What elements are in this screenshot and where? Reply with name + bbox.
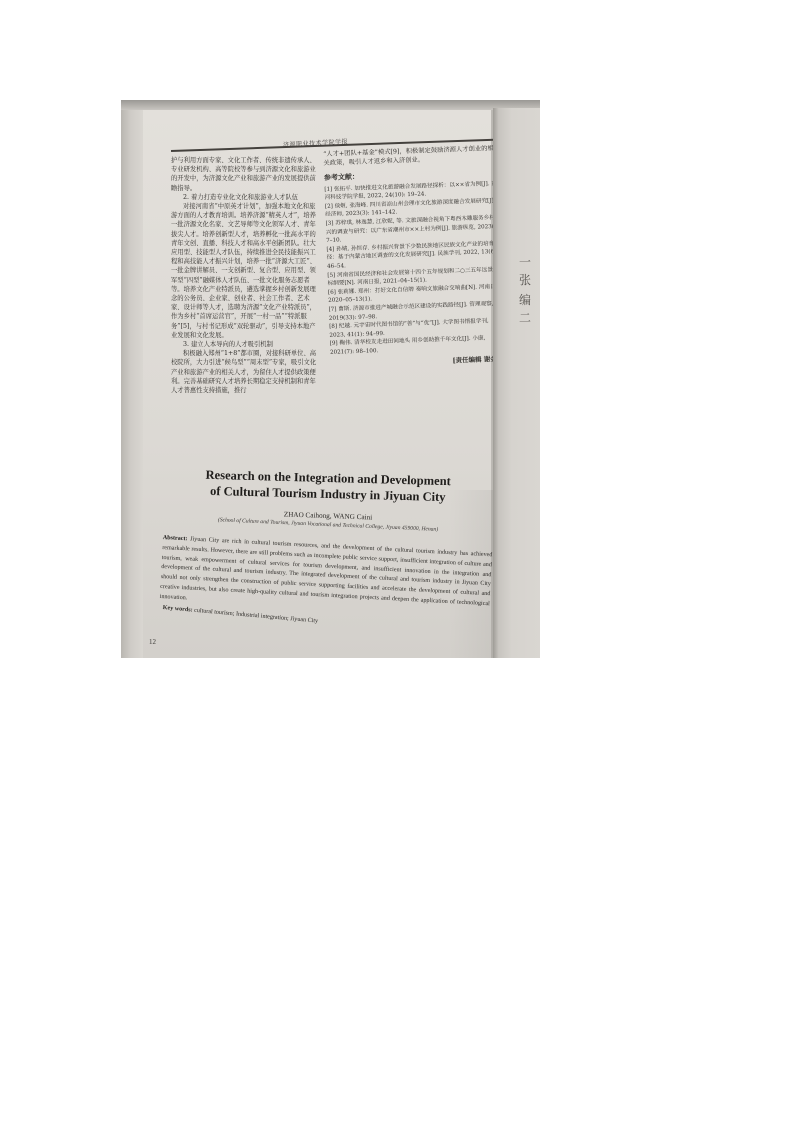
- english-abstract-block: Research on the Integration and Developm…: [163, 470, 493, 611]
- adjacent-page-edge: 一 张 编 二: [493, 108, 540, 658]
- left-column: 护与利用方面专家、文化工作者、传统非遗传承人、专业研发机构、高等院校等参与到济源…: [171, 156, 319, 395]
- section-heading: 2. 着力打造专业化文化和旅游业人才队伍: [171, 193, 319, 202]
- paragraph: “人才+团队+基金”模式[9]，积极制定鼓励济源人才创业的相关政策，吸引人才返乡…: [323, 144, 500, 169]
- adjacent-page-fragment: 一: [519, 253, 531, 270]
- responsible-editor: [责任编辑 谢金胜]: [330, 355, 506, 370]
- page-number: 12: [149, 638, 156, 646]
- paragraph: 对接河南省“中原英才计划”，加强本地文化和旅游方面的人才教育培训。培养济源“精英…: [171, 202, 319, 340]
- paragraph: 护与利用方面专家、文化工作者、传统非遗传承人、专业研发机构、高等院校等参与到济源…: [171, 156, 319, 193]
- abstract-text: Jiyuan City are rich in cultural tourism…: [160, 536, 493, 607]
- journal-page: 济源职业技术学院学报 护与利用方面专家、文化工作者、传统非遗传承人、专业研发机构…: [143, 110, 491, 658]
- english-abstract: Abstract: Jiyuan City are rich in cultur…: [159, 534, 492, 620]
- section-heading: 3. 建立人本导向的人才吸引机制: [171, 340, 319, 349]
- abstract-label: Abstract:: [163, 535, 188, 542]
- english-title: Research on the Integration and Developm…: [163, 466, 494, 507]
- right-column: “人才+团队+基金”模式[9]，积极制定鼓励济源人才创业的相关政策，吸引人才返乡…: [323, 144, 507, 371]
- adjacent-page-fragment: 二: [519, 309, 531, 326]
- adjacent-page-fragment: 张: [519, 271, 531, 288]
- adjacent-page-fragment: 编: [519, 291, 531, 308]
- paragraph: 积极融入郑州“1+8”都市圈，对接科研单位、高校院所，大力引进“候鸟型”“周末型…: [171, 349, 319, 395]
- photo-top-shadow: [121, 100, 540, 110]
- keywords-label: Key words:: [162, 605, 192, 614]
- journal-page-photo: 济源职业技术学院学报 护与利用方面专家、文化工作者、传统非遗传承人、专业研发机构…: [121, 100, 540, 658]
